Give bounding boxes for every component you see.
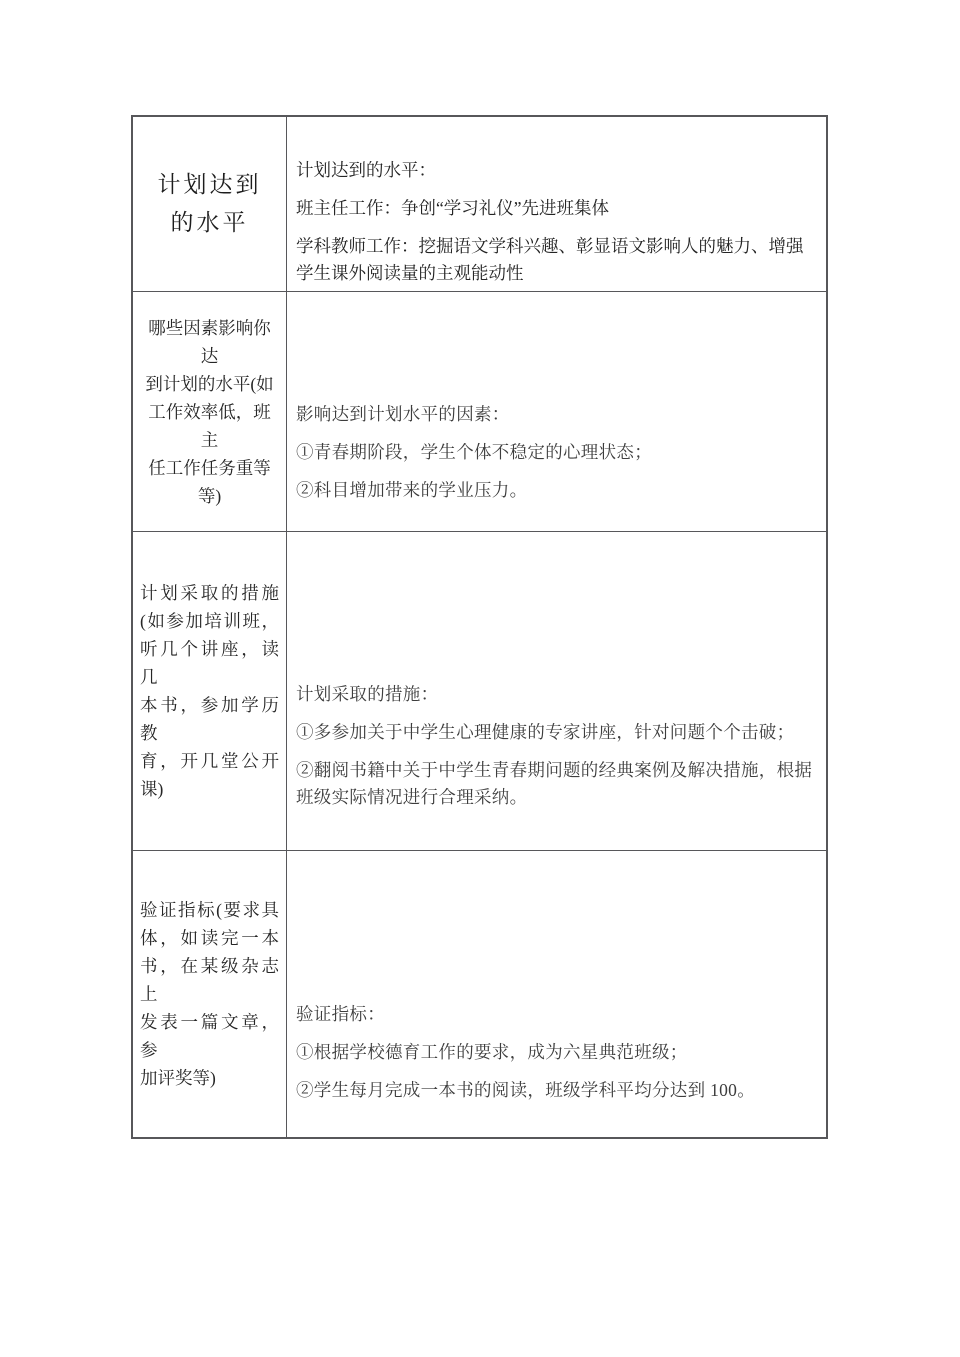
row-label-cell: 计划采取的措施 (如参加培训班， 听几个讲座，读几 本书，参加学历教 育，开几堂… — [133, 532, 287, 850]
label-line: 育，开几堂公开 — [140, 747, 279, 775]
row-label: 计划达到 的水平 — [133, 166, 286, 242]
row-content-cell: 验证指标： ①根据学校德育工作的要求，成为六星典范班级； ②学生每月完成一本书的… — [287, 851, 826, 1137]
row-content-cell: 计划达到的水平： 班主任工作：争创“学习礼仪”先进班集体 学科教师工作：挖掘语文… — [287, 117, 826, 291]
row-label-cell: 哪些因素影响你达 到计划的水平(如 工作效率低，班主 任工作任务重等 等) — [133, 292, 287, 531]
row-content-cell: 计划采取的措施： ①多参加关于中学生心理健康的专家讲座，针对问题个个击破； ②翻… — [287, 532, 826, 850]
content-heading: 计划达到的水平： — [296, 157, 818, 184]
content-paragraph: ②科目增加带来的学业压力。 — [296, 477, 818, 504]
label-line: 到计划的水平(如 — [140, 370, 279, 398]
row-label-cell: 计划达到 的水平 — [133, 117, 287, 291]
label-line: 本书，参加学历教 — [140, 691, 279, 747]
label-line: 任工作任务重等 — [140, 454, 279, 482]
label-line: 哪些因素影响你达 — [140, 314, 279, 370]
table-row-planned-measures: 计划采取的措施 (如参加培训班， 听几个讲座，读几 本书，参加学历教 育，开几堂… — [133, 531, 826, 850]
label-line: 发表一篇文章，参 — [140, 1008, 279, 1064]
table-row-influencing-factors: 哪些因素影响你达 到计划的水平(如 工作效率低，班主 任工作任务重等 等) 影响… — [133, 291, 826, 531]
label-line: 的水平 — [140, 204, 279, 242]
label-line: 计划采取的措施 — [140, 579, 279, 607]
content-paragraph: ②学生每月完成一本书的阅读，班级学科平均分达到 100。 — [296, 1077, 818, 1104]
row-label: 哪些因素影响你达 到计划的水平(如 工作效率低，班主 任工作任务重等 等) — [133, 314, 286, 510]
content-paragraph: 学科教师工作：挖掘语文学科兴趣、彰显语文影响人的魅力、增强学生课外阅读量的主观能… — [296, 233, 818, 287]
label-line: 等) — [140, 482, 279, 510]
label-line: 课) — [140, 775, 279, 803]
row-label: 计划采取的措施 (如参加培训班， 听几个讲座，读几 本书，参加学历教 育，开几堂… — [133, 579, 286, 803]
label-line: 验证指标(要求具 — [140, 896, 279, 924]
label-line: 体，如读完一本 — [140, 924, 279, 952]
label-line: 计划达到 — [140, 166, 279, 204]
row-label-cell: 验证指标(要求具 体，如读完一本 书，在某级杂志上 发表一篇文章，参 加评奖等) — [133, 851, 287, 1137]
content-paragraph: 班主任工作：争创“学习礼仪”先进班集体 — [296, 195, 818, 222]
content-paragraph: ②翻阅书籍中关于中学生青春期问题的经典案例及解决措施，根据班级实际情况进行合理采… — [296, 757, 818, 811]
label-line: 工作效率低，班主 — [140, 398, 279, 454]
content-heading: 影响达到计划水平的因素： — [296, 401, 818, 428]
table-row-planned-level: 计划达到 的水平 计划达到的水平： 班主任工作：争创“学习礼仪”先进班集体 学科… — [133, 117, 826, 291]
content-paragraph: ①根据学校德育工作的要求，成为六星典范班级； — [296, 1039, 818, 1066]
content-heading: 计划采取的措施： — [296, 681, 818, 708]
label-line: 听几个讲座，读几 — [140, 635, 279, 691]
row-label: 验证指标(要求具 体，如读完一本 书，在某级杂志上 发表一篇文章，参 加评奖等) — [133, 896, 286, 1092]
content-heading: 验证指标： — [296, 1001, 818, 1028]
content-paragraph: ①青春期阶段，学生个体不稳定的心理状态； — [296, 439, 818, 466]
table-row-verification-indicators: 验证指标(要求具 体，如读完一本 书，在某级杂志上 发表一篇文章，参 加评奖等)… — [133, 850, 826, 1137]
work-plan-table: 计划达到 的水平 计划达到的水平： 班主任工作：争创“学习礼仪”先进班集体 学科… — [131, 115, 828, 1139]
label-line: 书，在某级杂志上 — [140, 952, 279, 1008]
label-line: (如参加培训班， — [140, 607, 279, 635]
row-content-cell: 影响达到计划水平的因素： ①青春期阶段，学生个体不稳定的心理状态； ②科目增加带… — [287, 292, 826, 531]
content-paragraph: ①多参加关于中学生心理健康的专家讲座，针对问题个个击破； — [296, 719, 818, 746]
label-line: 加评奖等) — [140, 1064, 279, 1092]
